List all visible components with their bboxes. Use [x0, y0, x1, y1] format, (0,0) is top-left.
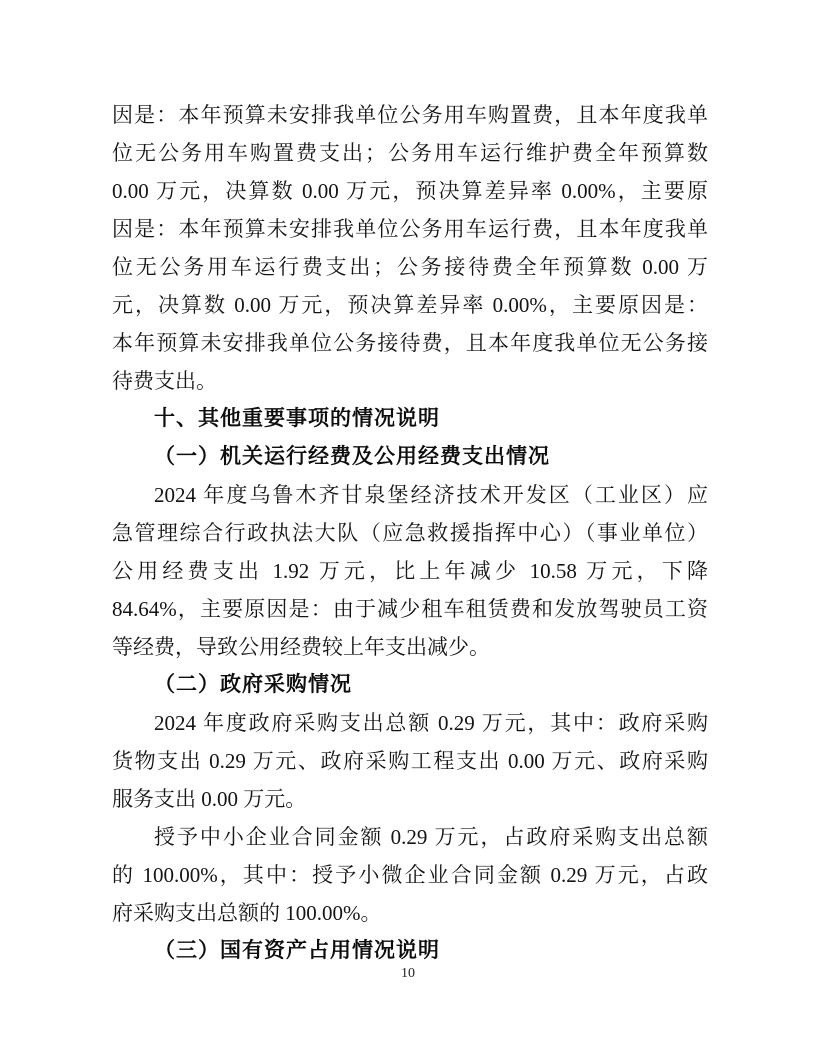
page-number: 10: [0, 966, 816, 982]
text-line: 2024 年度政府采购支出总额 0.29 万元，其中：政府采购: [112, 704, 708, 742]
text-line: 公用经费支出 1.92 万元，比上年减少 10.58 万元，下降: [112, 552, 708, 590]
text-line: 货物支出 0.29 万元、政府采购工程支出 0.00 万元、政府采购: [112, 742, 708, 780]
paragraph-end-line: 待费支出。: [112, 362, 708, 400]
text-line: 84.64%，主要原因是：由于减少租车租赁费和发放驾驶员工资: [112, 590, 708, 628]
subsection-heading-2: （二）政府采购情况: [112, 666, 708, 704]
text-line: 0.00 万元，决算数 0.00 万元，预决算差异率 0.00%，主要原: [112, 172, 708, 210]
text-line: 本年预算未安排我单位公务接待费，且本年度我单位无公务接: [112, 324, 708, 362]
paragraph-end-line: 服务支出 0.00 万元。: [112, 780, 708, 818]
text-line: 元，决算数 0.00 万元，预决算差异率 0.00%，主要原因是：: [112, 286, 708, 324]
paragraph-end-line: 等经费，导致公用经费较上年支出减少。: [112, 628, 708, 666]
text-line: 的 100.00%，其中：授予小微企业合同金额 0.29 万元，占政: [112, 856, 708, 894]
text-line: 因是：本年预算未安排我单位公务用车运行费，且本年度我单: [112, 210, 708, 248]
text-line: 急管理综合行政执法大队（应急救援指挥中心）（事业单位）: [112, 514, 708, 552]
subsection-heading-3: （三）国有资产占用情况说明: [112, 932, 708, 970]
text-line: 位无公务用车运行费支出；公务接待费全年预算数 0.00 万: [112, 248, 708, 286]
subsection-heading-1: （一）机关运行经费及公用经费支出情况: [112, 438, 708, 476]
text-line: 授予中小企业合同金额 0.29 万元，占政府采购支出总额: [112, 818, 708, 856]
paragraph-end-line: 府采购支出总额的 100.00%。: [112, 894, 708, 932]
text-line: 2024 年度乌鲁木齐甘泉堡经济技术开发区（工业区）应: [112, 476, 708, 514]
text-line: 位无公务用车购置费支出；公务用车运行维护费全年预算数: [112, 134, 708, 172]
document-page: 因是：本年预算未安排我单位公务用车购置费，且本年度我单 位无公务用车购置费支出；…: [0, 0, 816, 1056]
text-line: 因是：本年预算未安排我单位公务用车购置费，且本年度我单: [112, 96, 708, 134]
section-heading-10: 十、其他重要事项的情况说明: [112, 400, 708, 438]
document-text-block: 因是：本年预算未安排我单位公务用车购置费，且本年度我单 位无公务用车购置费支出；…: [112, 96, 708, 970]
